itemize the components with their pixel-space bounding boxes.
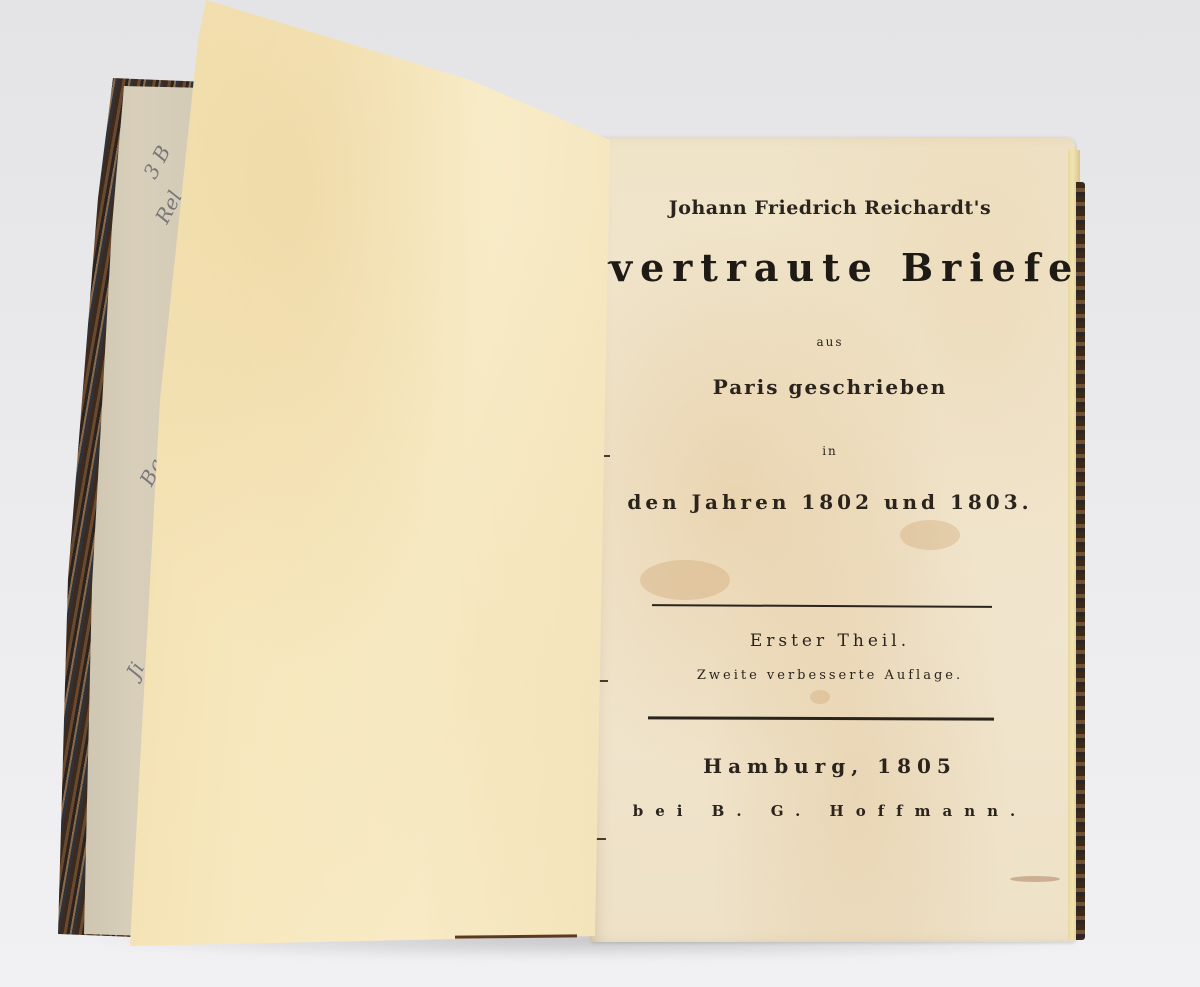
edition-label: Zweite verbesserte Auflage. xyxy=(610,668,1050,683)
author-line: Johann Friedrich Reichardt's xyxy=(610,197,1050,219)
gutter-stitch xyxy=(596,838,606,840)
imprint-place: Hamburg, 1805 xyxy=(610,754,1050,778)
blank-flyleaf xyxy=(130,0,610,948)
book-photo: 3 B Rel Bg Ji Johann Friedrich Reichardt… xyxy=(0,0,1200,987)
line-place: Paris geschrieben xyxy=(610,375,1050,399)
rule-divider xyxy=(648,716,994,720)
right-marbled-board-edge xyxy=(1076,182,1085,940)
line-in: in xyxy=(610,444,1050,458)
line-years: den Jahren 1802 und 1803. xyxy=(610,490,1050,514)
part-label: Erster Theil. xyxy=(610,631,1050,651)
rule-divider xyxy=(652,604,992,608)
title-page-text: Johann Friedrich Reichardt's vertraute B… xyxy=(610,137,1050,942)
imprint-publisher: bei B. G. Hoffmann. xyxy=(610,802,1050,820)
line-aus: aus xyxy=(610,335,1050,349)
book-title: vertraute Briefe xyxy=(610,245,1050,290)
